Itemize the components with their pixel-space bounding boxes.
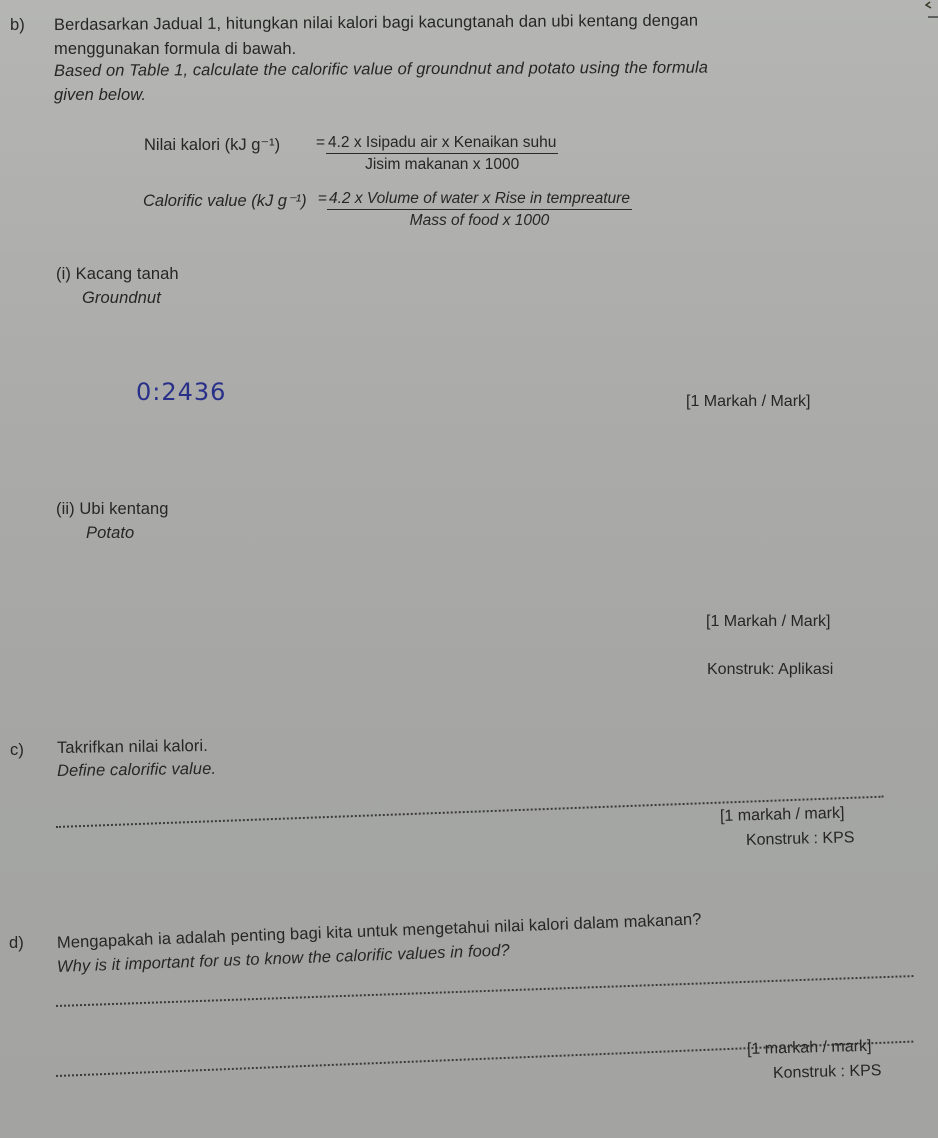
- part-i-handwritten-answer: 0:2436: [136, 378, 226, 406]
- question-b-english-line2: given below.: [54, 86, 146, 105]
- formula-malay-equals: =: [316, 134, 325, 152]
- question-d-answer-line-1[interactable]: [56, 975, 914, 1007]
- formula-english-lhs: Calorific value (kJ g⁻¹): [143, 191, 307, 211]
- question-c-marks: [1 markah / mark]: [720, 805, 845, 826]
- part-ii-construct: Konstruk: Aplikasi: [707, 661, 833, 679]
- question-c-english: Define calorific value.: [57, 760, 216, 781]
- question-d-construct: Konstruk : KPS: [773, 1062, 882, 1083]
- question-b-malay-line1: Berdasarkan Jadual 1, hitungkan nilai ka…: [54, 12, 698, 35]
- question-c-construct: Konstruk : KPS: [746, 829, 855, 850]
- part-i-marks: [1 Markah / Mark]: [686, 393, 810, 411]
- formula-english-equals: =: [318, 190, 327, 208]
- formula-malay-fraction: 4.2 x Isipadu air x Kenaikan suhu Jisim …: [326, 134, 558, 174]
- formula-malay-numerator: 4.2 x Isipadu air x Kenaikan suhu: [326, 134, 558, 154]
- formula-english-denominator: Mass of food x 1000: [410, 210, 550, 230]
- question-c-label: c): [10, 741, 24, 760]
- question-d-marks: [1 markah / mark]: [747, 1038, 872, 1059]
- question-b-label: b): [10, 16, 25, 35]
- part-i-english: Groundnut: [82, 289, 161, 308]
- formula-malay-denominator: Jisim makanan x 1000: [365, 154, 519, 174]
- part-ii-marks: [1 Markah / Mark]: [706, 613, 830, 631]
- question-b-english-line1: Based on Table 1, calculate the calorifi…: [54, 59, 708, 81]
- part-ii-english: Potato: [86, 524, 134, 543]
- formula-malay-lhs: Nilai kalori (kJ g⁻¹): [144, 135, 280, 155]
- page-corner-mark-icon: [914, 0, 938, 20]
- formula-english-fraction: 4.2 x Volume of water x Rise in tempreat…: [327, 190, 632, 230]
- part-ii-label: (ii) Ubi kentang: [56, 500, 169, 519]
- formula-english-numerator: 4.2 x Volume of water x Rise in tempreat…: [327, 190, 632, 210]
- question-d-label: d): [9, 934, 24, 953]
- exam-page: b) Berdasarkan Jadual 1, hitungkan nilai…: [0, 0, 938, 1138]
- part-i-label: (i) Kacang tanah: [56, 265, 179, 284]
- question-c-malay: Takrifkan nilai kalori.: [57, 737, 208, 758]
- question-b-malay-line2: menggunakan formula di bawah.: [54, 40, 296, 59]
